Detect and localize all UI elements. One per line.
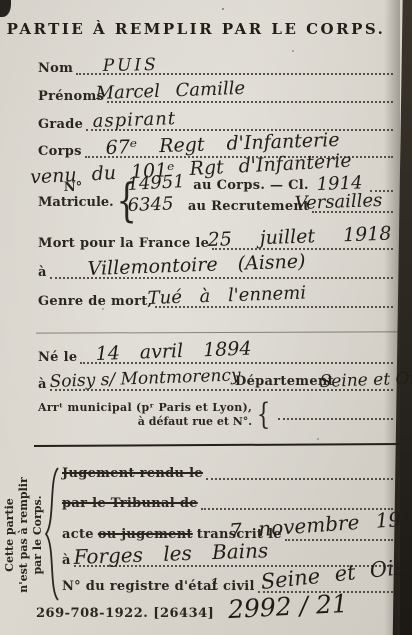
field-registre-label: N° du registre d'état civil [62,580,255,595]
scan-corner-mark [0,0,11,17]
print-reference: 269-708-1922. [26434] [36,606,214,621]
field-ne-le-label: Né le [38,351,77,366]
military-death-record-card: PARTIE À REMPLIR PAR LE CORPS. Nom PUIS … [0,0,412,635]
matricule-recrutement-label: au Recrutement [188,200,310,215]
scan-specks [222,8,224,10]
field-corps-label: Corps [38,145,82,160]
field-mort-lieu-label: à [38,266,47,281]
field-ne-le-value: 14 avril 1894 [95,340,251,364]
field-ne-lieu: à Soisy s/ Montmorency Département Seine… [38,369,394,393]
field-nom-label: Nom [38,62,73,77]
section-divider-heavy [34,443,404,447]
field-genre-mort-label: Genre de mort, [38,295,152,310]
field-prenoms: Prénoms Marcel Camille [38,81,394,105]
field-matricule-label-line2: Matricule. [38,195,108,210]
field-nom-value: PUIS [103,57,159,75]
field-tribunal: par le Tribunal de [62,488,394,512]
field-mort-label: Mort pour la France le [38,237,209,252]
field-grade-label: Grade [38,118,83,133]
field-arrondissement: Arrᵗ municipal (pʳ Paris et Lyon), à déf… [38,398,394,428]
handwritten-registry-number: 2992 / 21 [227,589,348,624]
field-arrondissement-label: Arrᵗ municipal (pʳ Paris et Lyon), à déf… [38,402,252,428]
field-matricule-label: N° Matricule. [38,180,108,210]
field-arrondissement-label-line2: à défaut rue et N°. [138,415,252,428]
field-grade-value: aspirant [92,110,176,131]
field-ne-le: Né le 14 avril 1894 [38,342,394,366]
page-title: PARTIE À REMPLIR PAR LE CORPS. [0,20,392,38]
field-ne-lieu-label: à [38,378,47,393]
section-divider [36,331,398,333]
brace-decoration: { [257,397,270,432]
matricule-recrutement-number: 6345 [127,195,173,215]
field-prenoms-label: Prénoms [38,90,104,105]
field-mort: Mort pour la France le 25 juillet 1918 [38,228,394,252]
field-jugement-label: Jugement rendu le [62,467,203,482]
field-grade: Grade aspirant [38,109,394,133]
field-matricule-label-line1: N° [38,180,108,195]
field-acte-lieu-value: Forges les Bains [73,540,268,567]
field-mort-lieu: à Villemontoire (Aisne) [38,257,394,281]
matricule-recrutement-place: Versailles [294,192,382,213]
field-acte-lieu-label: à [62,554,71,569]
field-jugement: Jugement rendu le [62,458,394,482]
dotted-line [206,476,393,480]
dotted-line [278,416,393,420]
field-genre-mort: Genre de mort, Tué à l'ennemi [38,286,394,310]
field-nom: Nom PUIS [38,53,394,77]
field-prenoms-value: Marcel Camille [95,80,245,103]
field-acte-prefix: acte [62,528,94,543]
sidebar-note: Cette partie n'est pas à remplir par le … [3,469,49,601]
field-acte-value: 7 novembre 1918 [229,507,412,541]
brace-decoration [44,466,60,602]
field-matricule-recrutement: 6345 au Recrutement Versailles [128,191,394,215]
field-registre-tick: 1 [209,577,220,593]
field-arrondissement-label-line1: Arrᵗ municipal (pʳ Paris et Lyon), [38,402,252,415]
field-tribunal-label: par le Tribunal de [62,497,198,512]
field-departement-value: Seine et Oise [319,370,412,391]
